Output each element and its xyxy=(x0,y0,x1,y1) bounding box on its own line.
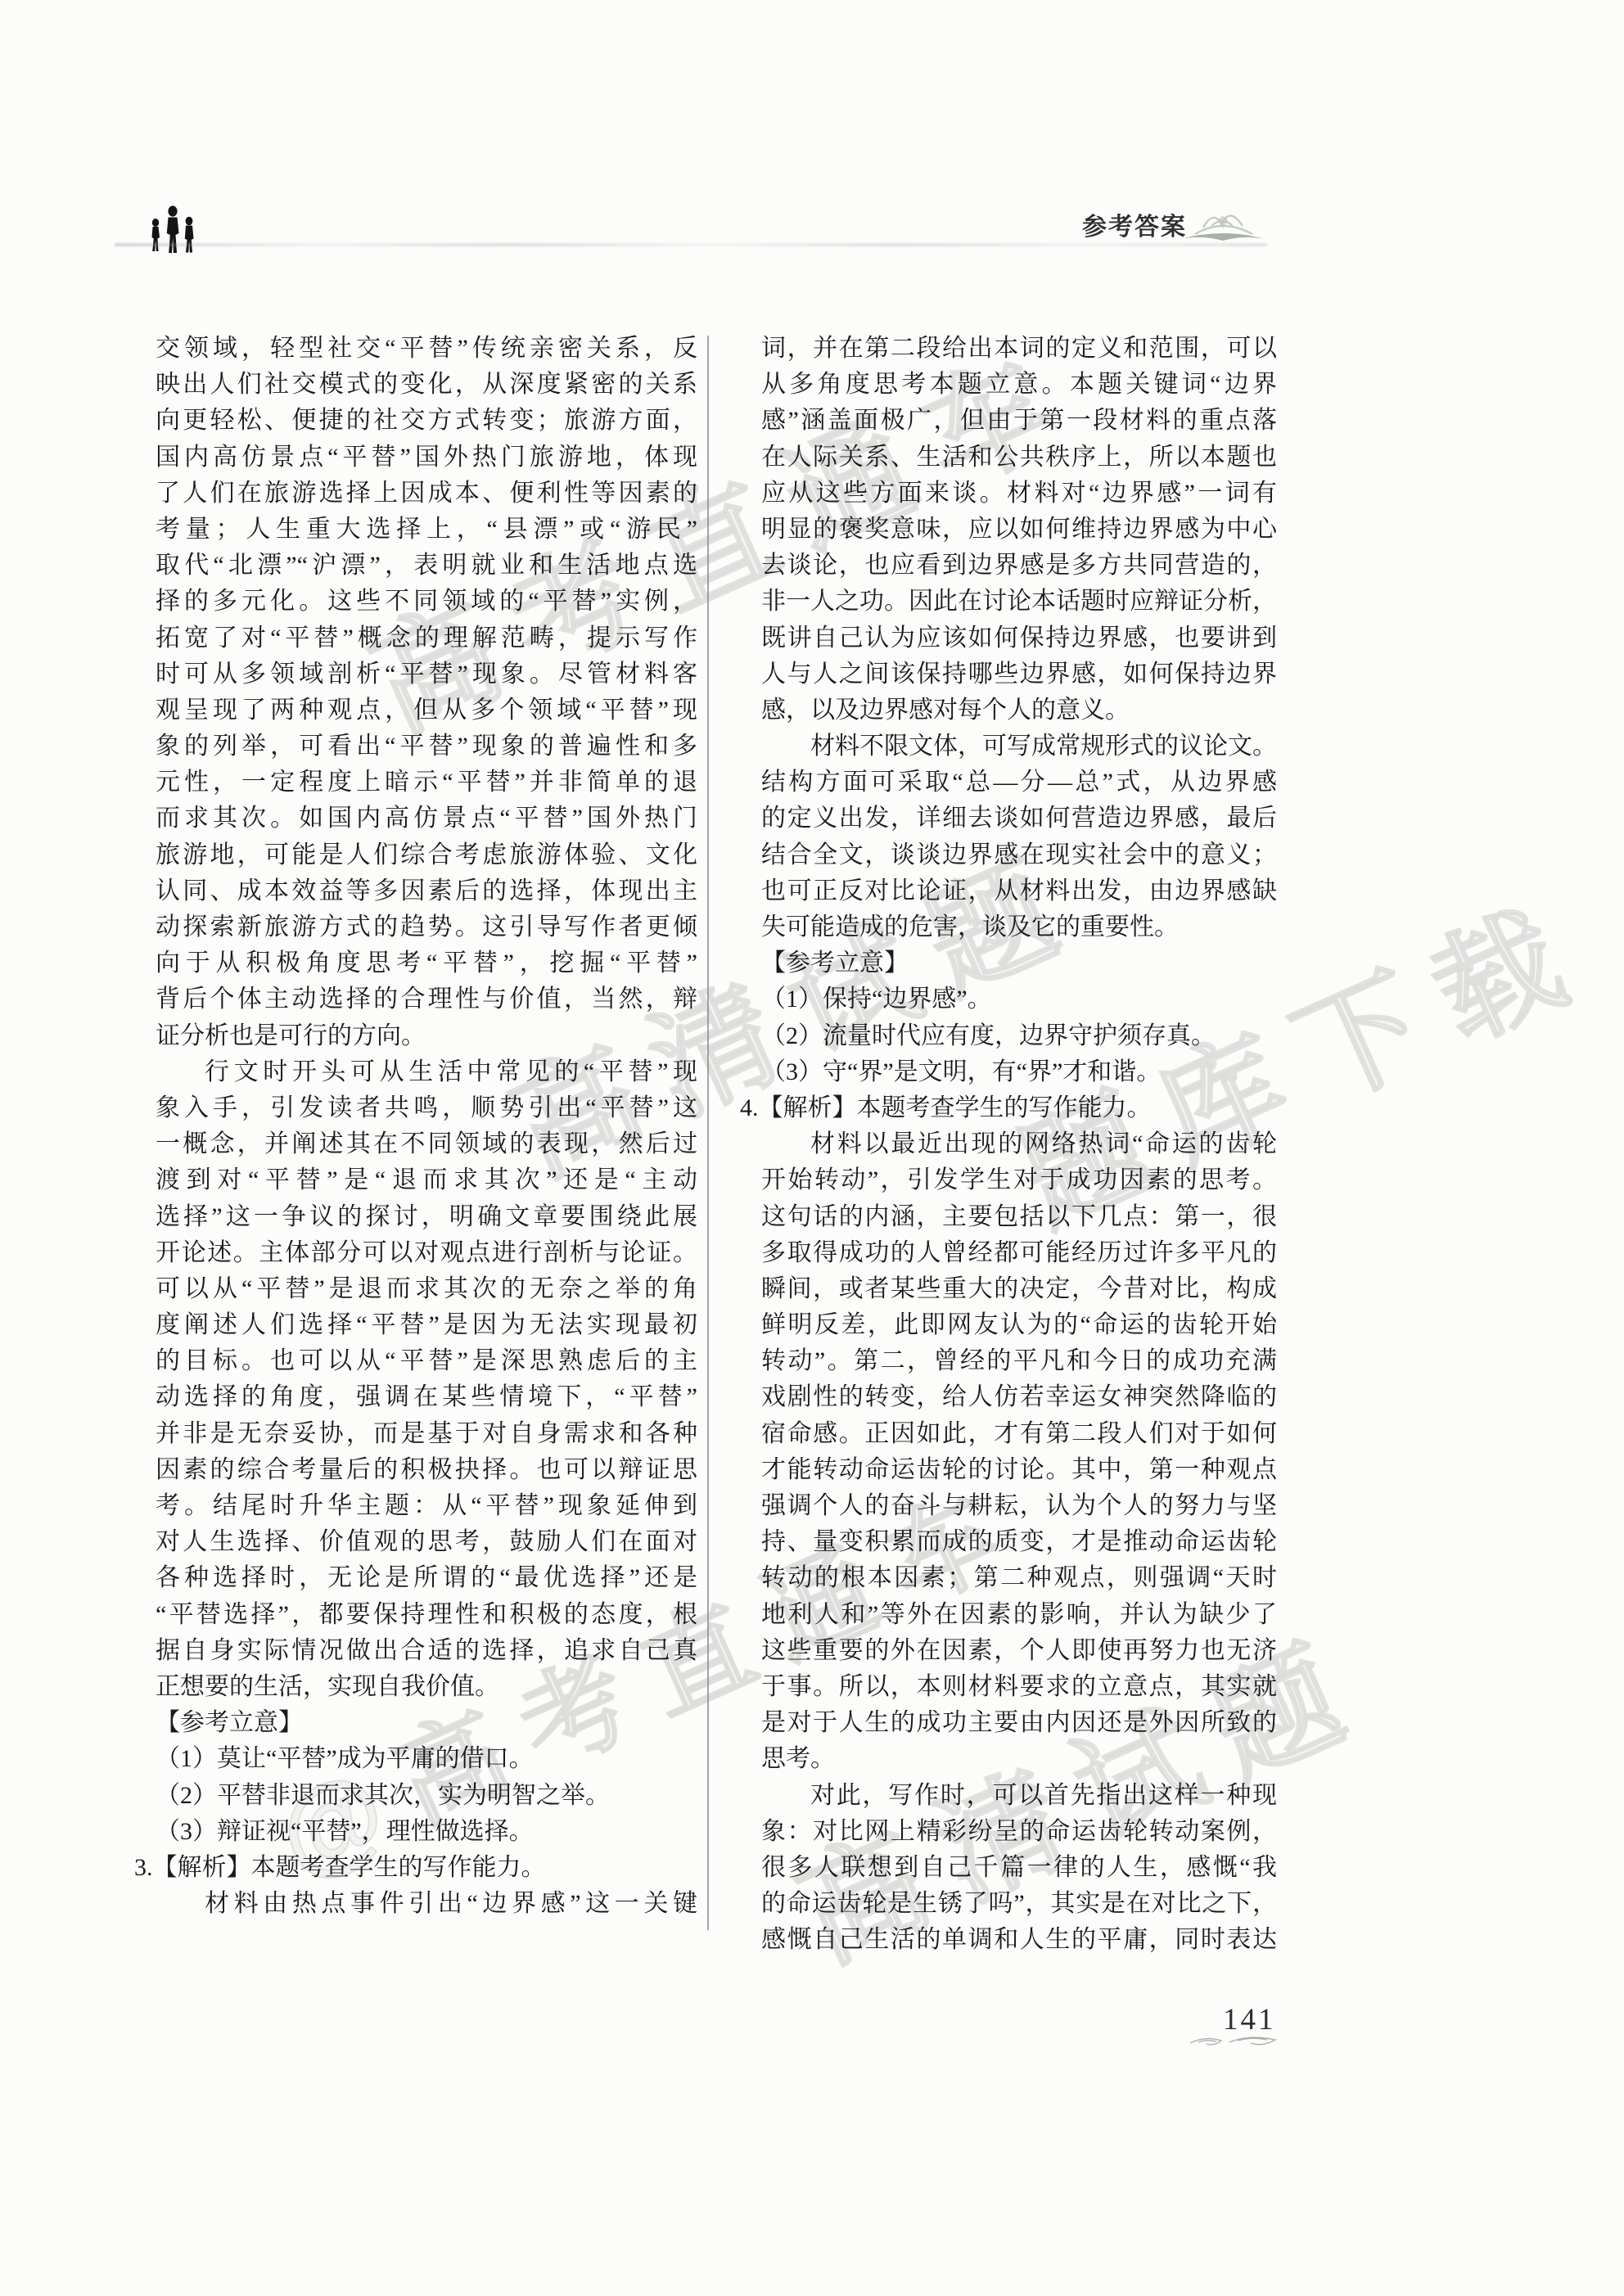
text-line: 鲜明反差，此即网友认为的“命运的齿轮开始 xyxy=(761,1307,1277,1343)
text-line: 强调个人的奋斗与耕耘，认为个人的努力与坚 xyxy=(761,1488,1277,1524)
text-line: 认同、成本效益等多因素后的选择，体现出主 xyxy=(156,873,697,909)
text-line: 失可能造成的危害，谈及它的重要性。 xyxy=(761,909,1277,945)
text-line: 拓宽了对“平替”概念的理解范畴，提示写作 xyxy=(156,620,697,656)
text-line: 多取得成功的人曾经都可能经历过许多平凡的 xyxy=(761,1235,1277,1271)
text-line: 材料由热点事件引出“边界感”这一关键 xyxy=(156,1886,697,1922)
text-line: 结合全文，谈谈边界感在现实社会中的意义； xyxy=(761,837,1277,873)
text-line: 也可正反对比论证，从材料出发，由边界感缺 xyxy=(761,873,1277,909)
header-rule xyxy=(115,243,1267,246)
text-line: 国内高仿景点“平替”国外热门旅游地，体现 xyxy=(156,440,697,476)
text-line: 可以从“平替”是退而求其次的无奈之举的角 xyxy=(156,1271,697,1307)
text-line: 旅游地，可能是人们综合考虑旅游体验、文化 xyxy=(156,837,697,873)
text-line: 于事。所以，本则材料要求的立意点，其实就 xyxy=(761,1669,1277,1705)
text-line: 感慨自己生活的单调和人生的平庸，同时表达 xyxy=(761,1922,1277,1958)
text-line: 而求其次。如国内高仿景点“平替”国外热门 xyxy=(156,801,697,837)
text-line: （2）流量时代应有度，边界守护须存真。 xyxy=(761,1018,1277,1054)
text-line: 【参考立意】 xyxy=(156,1705,697,1741)
text-line: 材料以最近出现的网络热词“命运的齿轮 xyxy=(761,1126,1277,1162)
text-line: 转动”。第二，曾经的平凡和今日的成功充满 xyxy=(761,1343,1277,1379)
text-line: 动选择的角度，强调在某些情境下，“平替” xyxy=(156,1379,697,1415)
text-line: 的命运齿轮是生锈了吗”，其实是在对比之下， xyxy=(761,1886,1277,1922)
text-line: 了人们在旅游选择上因成本、便利性等因素的 xyxy=(156,476,697,512)
text-line: 非一人之功。因此在讨论本话题时应辩证分析， xyxy=(761,584,1277,620)
text-line: 【参考立意】 xyxy=(761,945,1277,981)
text-line: 宿命感。正因如此，才有第二段人们对于如何 xyxy=(761,1416,1277,1452)
text-line: 择的多元化。这些不同领域的“平替”实例， xyxy=(156,584,697,620)
text-line: 的定义出发，详细去谈如何营造边界感，最后 xyxy=(761,801,1277,837)
text-line: 感”涵盖面极广，但由于第一段材料的重点落 xyxy=(761,403,1277,439)
text-line: 开论述。主体部分可以对观点进行剖析与论证。 xyxy=(156,1235,697,1271)
text-line: 这句话的内涵，主要包括以下几点：第一，很 xyxy=(761,1199,1277,1235)
text-line: 去谈论，也应看到边界感是多方共同营造的， xyxy=(761,548,1277,584)
text-line: 向于从积极角度思考“平替”，挖掘“平替” xyxy=(156,945,697,981)
text-line: 元性，一定程度上暗示“平替”并非简单的退 xyxy=(156,765,697,801)
page-number: 141 xyxy=(1223,2002,1276,2037)
three-runners-logo-icon xyxy=(147,205,200,259)
text-line: （3）辩证视“平替”，理性做选择。 xyxy=(156,1814,697,1850)
text-line: 材料不限文体，可写成常规形式的议论文。 xyxy=(761,728,1277,765)
text-line: （3）守“界”是文明，有“界”才和谐。 xyxy=(761,1054,1277,1090)
text-line: 感，以及边界感对每个人的意义。 xyxy=(761,692,1277,728)
text-line: 很多人联想到自己千篇一律的人生，感慨“我 xyxy=(761,1850,1277,1886)
text-line: 3.【解析】本题考查学生的写作能力。 xyxy=(134,1850,697,1886)
answer-key-page: 高考直通车高清试题题库下载@高考直通车高清试题 参考答案 交 xyxy=(0,0,1624,2296)
text-line: 从多角度思考本题立意。本题关键词“边界 xyxy=(761,367,1277,403)
text-line: 正想要的生活，实现自我价值。 xyxy=(156,1669,697,1705)
text-line: 这些重要的外在因素，个人即使再努力也无济 xyxy=(761,1633,1277,1669)
text-line: 开始转动”，引发学生对于成功因素的思考。 xyxy=(761,1162,1277,1198)
text-line: 交领域，轻型社交“平替”传统亲密关系，反 xyxy=(156,331,697,367)
text-line: 考。结尾时升华主题：从“平替”现象延伸到 xyxy=(156,1488,697,1524)
text-line: 既讲自己认为应该如何保持边界感，也要讲到 xyxy=(761,620,1277,656)
text-line: 明显的褒奖意味，应以如何维持边界感为中心 xyxy=(761,512,1277,548)
page-title: 参考答案 xyxy=(1082,206,1187,242)
text-line: 才能转动命运齿轮的讨论。其中，第一种观点 xyxy=(761,1452,1277,1488)
text-line: 观呈现了两种观点，但从多个领域“平替”现 xyxy=(156,692,697,728)
text-line: 因素的综合考量后的积极抉择。也可以辩证思 xyxy=(156,1452,697,1488)
text-line: 象入手，引发读者共鸣，顺势引出“平替”这 xyxy=(156,1090,697,1126)
text-line: 映出人们社交模式的变化，从深度紧密的关系 xyxy=(156,367,697,403)
text-line: 行文时开头可从生活中常见的“平替”现 xyxy=(156,1054,697,1090)
text-line: 持、量变积累而成的质变，才是推动命运齿轮 xyxy=(761,1524,1277,1560)
text-line: 是对于人生的成功主要由内因还是外因所致的 xyxy=(761,1705,1277,1741)
text-line: 并非是无奈妥协，而是基于对自身需求和各种 xyxy=(156,1416,697,1452)
right-column: 词，并在第二段给出本词的定义和范围，可以从多角度思考本题立意。本题关键词“边界感… xyxy=(761,331,1277,1958)
text-line: 思考。 xyxy=(761,1741,1277,1777)
text-line: 人与人之间该保持哪些边界感，如何保持边界 xyxy=(761,656,1277,692)
text-line: （2）平替非退而求其次，实为明智之举。 xyxy=(156,1778,697,1814)
text-line: 取代“北漂”“沪漂”，表明就业和生活地点选 xyxy=(156,548,697,584)
text-line: 时可从多领域剖析“平替”现象。尽管材料客 xyxy=(156,656,697,692)
text-line: 证分析也是可行的方向。 xyxy=(156,1018,697,1054)
column-divider-rule xyxy=(707,336,709,1930)
text-line: 应从这些方面来谈。材料对“边界感”一词有 xyxy=(761,476,1277,512)
text-line: 结构方面可采取“总—分—总”式，从边界感 xyxy=(761,765,1277,801)
text-line: 考量；人生重大选择上，“县漂”或“游民” xyxy=(156,512,697,548)
text-line: 戏剧性的转变，给人仿若幸运女神突然降临的 xyxy=(761,1379,1277,1415)
text-line: 背后个体主动选择的合理性与价值，当然，辩 xyxy=(156,981,697,1017)
text-line: 象：对比网上精彩纷呈的命运齿轮转动案例， xyxy=(761,1814,1277,1850)
text-line: 向更轻松、便捷的社交方式转变；旅游方面， xyxy=(156,403,697,439)
text-line: （1）莫让“平替”成为平庸的借口。 xyxy=(156,1741,697,1777)
text-line: “平替选择”，都要保持理性和积极的态度，根 xyxy=(156,1597,697,1633)
text-line: （1）保持“边界感”。 xyxy=(761,981,1277,1017)
text-line: 对人生选择、价值观的思考，鼓励人们在面对 xyxy=(156,1524,697,1560)
text-line: 4.【解析】本题考查学生的写作能力。 xyxy=(740,1090,1277,1126)
left-column: 交领域，轻型社交“平替”传统亲密关系，反映出人们社交模式的变化，从深度紧密的关系… xyxy=(156,331,697,1922)
text-line: 瞬间，或者某些重大的决定，今昔对比，构成 xyxy=(761,1271,1277,1307)
text-line: 对此，写作时，可以首先指出这样一种现 xyxy=(761,1778,1277,1814)
text-line: 各种选择时，无论是所谓的“最优选择”还是 xyxy=(156,1560,697,1596)
text-line: 象的列举，可看出“平替”现象的普遍性和多 xyxy=(156,728,697,765)
text-line: 动探索新旅游方式的趋势。这引导写作者更倾 xyxy=(156,909,697,945)
text-line: 一概念，并阐述其在不同领域的表现，然后过 xyxy=(156,1126,697,1162)
text-line: 据自身实际情况做出合适的选择，追求自己真 xyxy=(156,1633,697,1669)
text-line: 词，并在第二段给出本词的定义和范围，可以 xyxy=(761,331,1277,367)
text-line: 的目标。也可以从“平替”是深思熟虑后的主 xyxy=(156,1343,697,1379)
text-line: 地利人和”等外在因素的影响，并认为缺少了 xyxy=(761,1597,1277,1633)
text-line: 度阐述人们选择“平替”是因为无法实现最初 xyxy=(156,1307,697,1343)
text-line: 选择”这一争议的探讨，明确文章要围绕此展 xyxy=(156,1199,697,1235)
text-line: 转动的根本因素；第二种观点，则强调“天时 xyxy=(761,1560,1277,1596)
text-line: 渡到对“平替”是“退而求其次”还是“主动 xyxy=(156,1162,697,1198)
text-line: 在人际关系、生活和公共秩序上，所以本题也 xyxy=(761,440,1277,476)
open-book-flourish-icon xyxy=(1175,201,1270,252)
